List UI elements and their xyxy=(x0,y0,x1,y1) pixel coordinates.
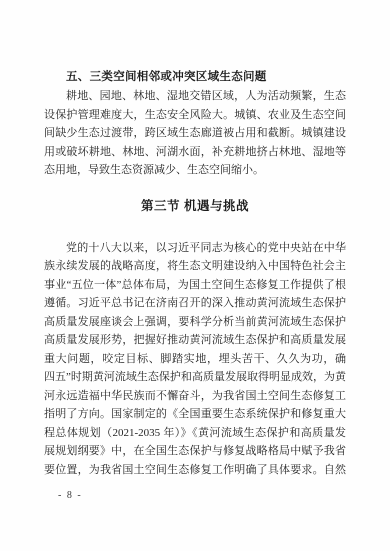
text-line: 事业“五位一体”总体布局，为国土空间生态修复工作提供了根本 xyxy=(44,276,346,295)
text-line: 程总体规划（2021-2035 年）》《黄河流域生态保护和高质量发 xyxy=(44,424,346,443)
text-line: 间缺少生态过渡带，跨区域生态廊道被占用和截断。城镇建设占 xyxy=(44,124,346,143)
text-line: 设保护管理难度大，生态安全风险大。城镇、农业及生态空间之 xyxy=(44,106,346,125)
text-line: 态用地，导致生态资源减少、生态空间缩小。 xyxy=(44,161,346,180)
text-line: 展规划纲要》中，在全国生态保护与修复战略格局中赋予我省重 xyxy=(44,442,346,461)
document-page: 五、三类空间相邻或冲突区域生态问题 耕地、园地、林地、湿地交错区域，人为活动频繁… xyxy=(0,0,390,551)
subsection-heading: 五、三类空间相邻或冲突区域生态问题 xyxy=(44,67,346,87)
text-line: 用或破坏耕地、林地、河湖水面，补充耕地挤占林地、湿地等生 xyxy=(44,143,346,162)
text-line: 重大问题，咬定目标、脚踏实地，埋头苦干、久久为功，确保“十 xyxy=(44,350,346,369)
page-number: - 8 - xyxy=(58,490,82,501)
text-line: 指明了方向。国家制定的《全国重要生态系统保护和修复重大工 xyxy=(44,405,346,424)
text-line: 族永续发展的战略高度，将生态文明建设纳入中国特色社会主义 xyxy=(44,257,346,276)
paragraph-opportunities-challenges: 党的十八大以来，以习近平同志为核心的党中央站在中华民族永续发展的战略高度，将生态… xyxy=(44,239,346,480)
text-line: 四五”时期黄河流域生态保护和高质量发展取得明显成效，为黄 xyxy=(44,368,346,387)
section-heading: 第三节 机遇与挑战 xyxy=(44,197,346,216)
text-line: 遵循。习近平总书记在济南召开的深入推动黄河流域生态保护和 xyxy=(44,294,346,313)
text-line: 耕地、园地、林地、湿地交错区域，人为活动频繁，生态建 xyxy=(44,87,346,106)
text-line: 党的十八大以来，以习近平同志为核心的党中央站在中华民 xyxy=(44,239,346,258)
text-line: 高质量发展座谈会上强调，要科学分析当前黄河流域生态保护和 xyxy=(44,313,346,332)
text-line: 河永远造福中华民族而不懈奋斗，为我省国土空间生态修复工作 xyxy=(44,387,346,406)
text-line: 高质量发展形势，把握好推动黄河流域生态保护和高质量发展的 xyxy=(44,331,346,350)
paragraph-ecology-issues: 耕地、园地、林地、湿地交错区域，人为活动频繁，生态建设保护管理难度大，生态安全风… xyxy=(44,87,346,180)
page-content: 五、三类空间相邻或冲突区域生态问题 耕地、园地、林地、湿地交错区域，人为活动频繁… xyxy=(44,67,346,479)
text-line: 要位置，为我省国土空间生态修复工作明确了具体要求。自然资 xyxy=(44,461,346,480)
